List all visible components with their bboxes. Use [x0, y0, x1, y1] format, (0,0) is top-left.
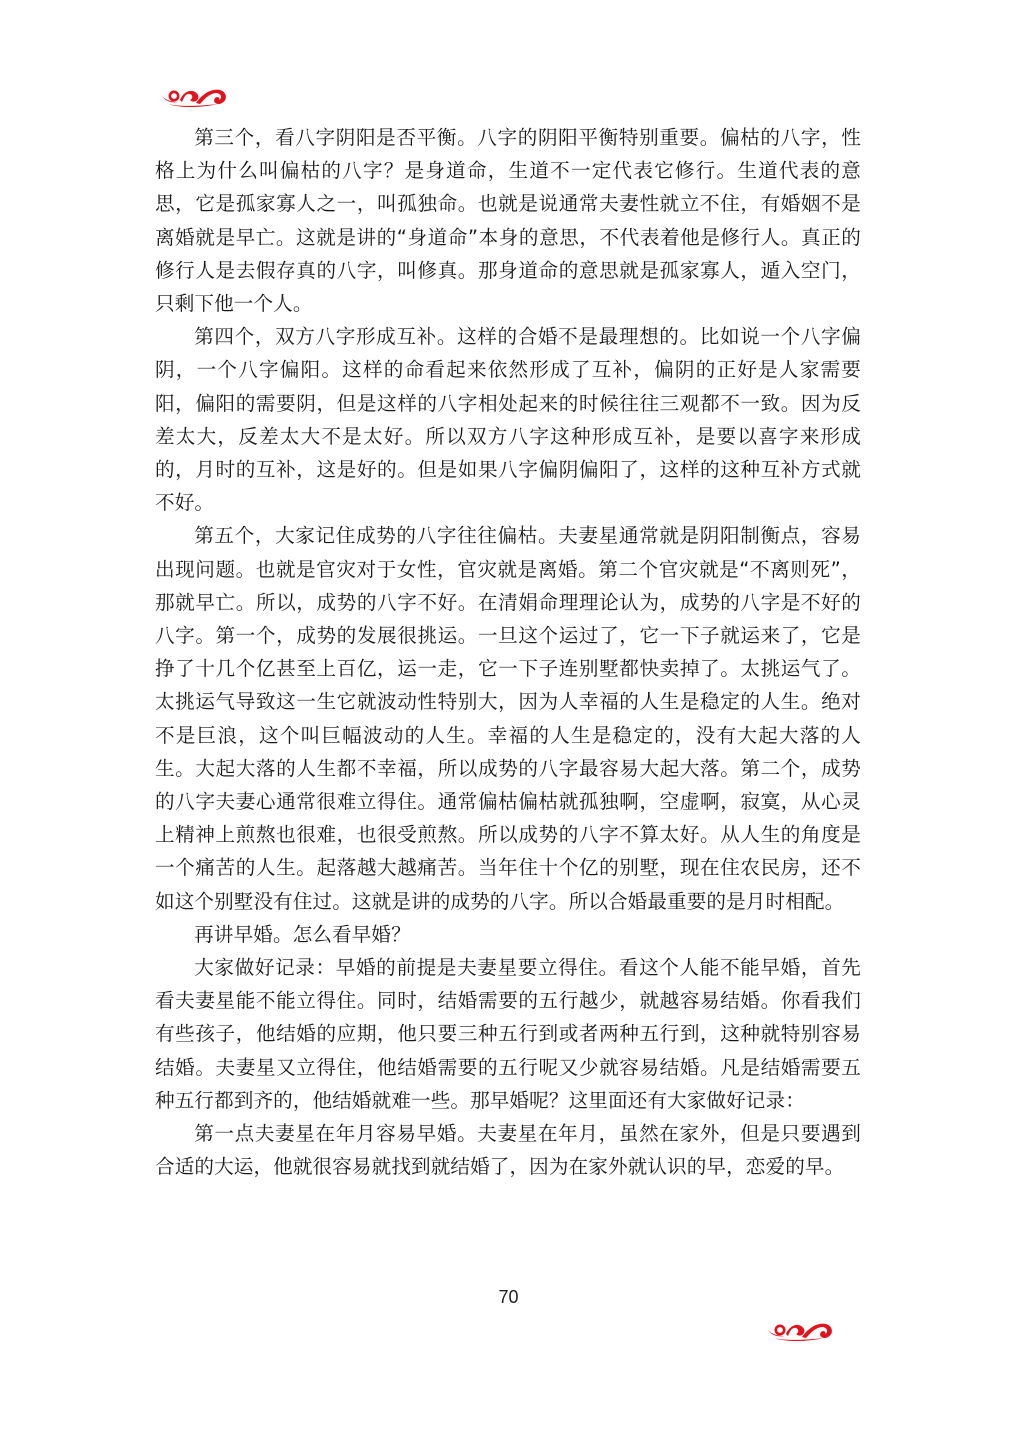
document-page: 第三个，看八字阴阳是否平衡。八字的阴阳平衡特别重要。偏枯的八字，性格上为什么叫偏… [0, 0, 1017, 1440]
paragraph-fifth-point: 第五个，大家记住成势的八字往往偏枯。夫妻星通常就是阴阳制衡点，容易出现问题。也就… [155, 519, 861, 917]
paragraph-third-point: 第三个，看八字阴阳是否平衡。八字的阴阳平衡特别重要。偏枯的八字，性格上为什么叫偏… [155, 121, 861, 320]
paragraph-first-point: 第一点夫妻星在年月容易早婚。夫妻星在年月，虽然在家外，但是只要遇到合适的大运，他… [155, 1117, 861, 1183]
body-text: 第三个，看八字阴阳是否平衡。八字的阴阳平衡特别重要。偏枯的八字，性格上为什么叫偏… [155, 121, 861, 1184]
page-number: 70 [0, 1287, 1017, 1308]
paragraph-fourth-point: 第四个，双方八字形成互补。这样的合婚不是最理想的。比如说一个八字偏阴，一个八字偏… [155, 320, 861, 519]
paragraph-early-marriage-notes: 大家做好记录：早婚的前提是夫妻星要立得住。看这个人能不能早婚，首先看夫妻星能不能… [155, 951, 861, 1117]
paragraph-early-marriage-heading: 再讲早婚。怎么看早婚？ [155, 918, 861, 951]
auspicious-cloud-icon [766, 1320, 834, 1342]
auspicious-cloud-icon [160, 86, 228, 108]
